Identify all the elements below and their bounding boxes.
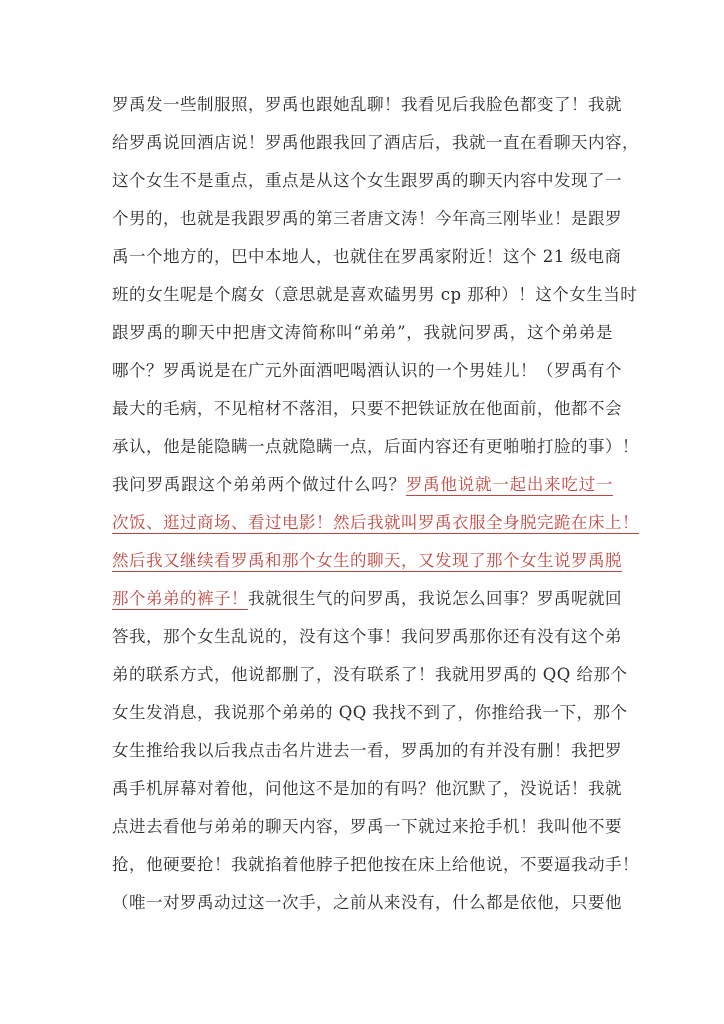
text-line: 班的女生呢是个腐女（意思就是喜欢磕男男 cp 那种）！这个女生当时 — [112, 276, 613, 314]
text-line: 承认，他是能隐瞒一点就隐瞒一点，后面内容还有更啪啪打脸的事）！ — [112, 428, 613, 466]
text-line: 抢，他硬要抢！我就掐着他脖子把他按在床上给他说，不要逼我动手！ — [112, 846, 613, 884]
text-line: 个男的，也就是我跟罗禹的第三者唐文涛！今年高三刚毕业！是跟罗 — [112, 200, 613, 238]
text-segment: 点进去看他与弟弟的聊天内容，罗禹一下就过来抢手机！我叫他不要 — [112, 817, 622, 836]
text-segment: 哪个？罗禹说是在广元外面酒吧喝酒认识的一个男娃儿！（罗禹有个 — [112, 361, 622, 380]
text-segment: 这个女生不是重点，重点是从这个女生跟罗禹的聊天内容中发现了一 — [112, 171, 622, 190]
text-segment: 我就很生气的问罗禹，我说怎么回事？罗禹呢就回 — [248, 589, 622, 608]
text-line: 罗禹发一些制服照，罗禹也跟她乱聊！我看见后我脸色都变了！我就 — [112, 86, 613, 124]
text-line: 这个女生不是重点，重点是从这个女生跟罗禹的聊天内容中发现了一 — [112, 162, 613, 200]
text-segment: 承认，他是能隐瞒一点就隐瞒一点，后面内容还有更啪啪打脸的事）！ — [112, 437, 639, 456]
text-segment: 弟的联系方式，他说都删了，没有联系了！我就用罗禹的 QQ 给那个 — [112, 665, 628, 684]
highlighted-underlined-text: 然后我又继续看罗禹和那个女生的聊天，又发现了那个女生说罗禹脱 — [112, 551, 622, 570]
text-line: 次饭、逛过商场、看过电影！然后我就叫罗禹衣服全身脱完跪在床上！ — [112, 504, 613, 542]
text-line: 那个弟弟的裤子！我就很生气的问罗禹，我说怎么回事？罗禹呢就回 — [112, 580, 613, 618]
highlighted-underlined-text: 那个弟弟的裤子！ — [112, 589, 248, 608]
text-line: 女生推给我以后我点击名片进去一看，罗禹加的有并没有删！我把罗 — [112, 732, 613, 770]
text-line: 禹一个地方的，巴中本地人，也就住在罗禹家附近！这个 21 级电商 — [112, 238, 613, 276]
text-line: 哪个？罗禹说是在广元外面酒吧喝酒认识的一个男娃儿！（罗禹有个 — [112, 352, 613, 390]
text-segment: 罗禹发一些制服照，罗禹也跟她乱聊！我看见后我脸色都变了！我就 — [112, 95, 622, 114]
text-line: 最大的毛病，不见棺材不落泪，只要不把铁证放在他面前，他都不会 — [112, 390, 613, 428]
highlighted-underlined-text: 次饭、逛过商场、看过电影！然后我就叫罗禹衣服全身脱完跪在床上！ — [112, 513, 639, 532]
text-segment: 女生推给我以后我点击名片进去一看，罗禹加的有并没有删！我把罗 — [112, 741, 622, 760]
text-line: 女生发消息，我说那个弟弟的 QQ 我找不到了，你推给我一下，那个 — [112, 694, 613, 732]
text-segment: 抢，他硬要抢！我就掐着他脖子把他按在床上给他说，不要逼我动手！ — [112, 855, 639, 874]
text-line: 答我，那个女生乱说的，没有这个事！我问罗禹那你还有没有这个弟 — [112, 618, 613, 656]
text-line: 点进去看他与弟弟的聊天内容，罗禹一下就过来抢手机！我叫他不要 — [112, 808, 613, 846]
text-segment: 跟罗禹的聊天中把唐文涛简称叫“弟弟”，我就问罗禹，这个弟弟是 — [112, 323, 613, 342]
text-segment: 禹手机屏幕对着他，问他这不是加的有吗？他沉默了，没说话！我就 — [112, 779, 622, 798]
text-segment: 答我，那个女生乱说的，没有这个事！我问罗禹那你还有没有这个弟 — [112, 627, 622, 646]
text-segment: 我问罗禹跟这个弟弟两个做过什么吗？ — [112, 475, 406, 494]
text-line: （唯一对罗禹动过这一次手，之前从来没有，什么都是依他，只要他 — [112, 884, 613, 922]
text-segment: 班的女生呢是个腐女（意思就是喜欢磕男男 cp 那种）！这个女生当时 — [112, 285, 637, 304]
text-line: 禹手机屏幕对着他，问他这不是加的有吗？他沉默了，没说话！我就 — [112, 770, 613, 808]
text-line: 弟的联系方式，他说都删了，没有联系了！我就用罗禹的 QQ 给那个 — [112, 656, 613, 694]
text-line: 我问罗禹跟这个弟弟两个做过什么吗？罗禹他说就一起出来吃过一 — [112, 466, 613, 504]
highlighted-underlined-text: 罗禹他说就一起出来吃过一 — [406, 475, 613, 494]
text-segment: （唯一对罗禹动过这一次手，之前从来没有，什么都是依他，只要他 — [112, 893, 622, 912]
text-line: 给罗禹说回酒店说！罗禹他跟我回了酒店后，我就一直在看聊天内容， — [112, 124, 613, 162]
text-segment: 禹一个地方的，巴中本地人，也就住在罗禹家附近！这个 21 级电商 — [112, 247, 622, 266]
text-line: 然后我又继续看罗禹和那个女生的聊天，又发现了那个女生说罗禹脱 — [112, 542, 613, 580]
text-line: 跟罗禹的聊天中把唐文涛简称叫“弟弟”，我就问罗禹，这个弟弟是 — [112, 314, 613, 352]
document-page: 罗禹发一些制服照，罗禹也跟她乱聊！我看见后我脸色都变了！我就给罗禹说回酒店说！罗… — [0, 0, 724, 1024]
text-segment: 给罗禹说回酒店说！罗禹他跟我回了酒店后，我就一直在看聊天内容， — [112, 133, 639, 152]
text-segment: 个男的，也就是我跟罗禹的第三者唐文涛！今年高三刚毕业！是跟罗 — [112, 209, 622, 228]
text-segment: 最大的毛病，不见棺材不落泪，只要不把铁证放在他面前，他都不会 — [112, 399, 622, 418]
document-body: 罗禹发一些制服照，罗禹也跟她乱聊！我看见后我脸色都变了！我就给罗禹说回酒店说！罗… — [112, 86, 613, 922]
text-segment: 女生发消息，我说那个弟弟的 QQ 我找不到了，你推给我一下，那个 — [112, 703, 628, 722]
